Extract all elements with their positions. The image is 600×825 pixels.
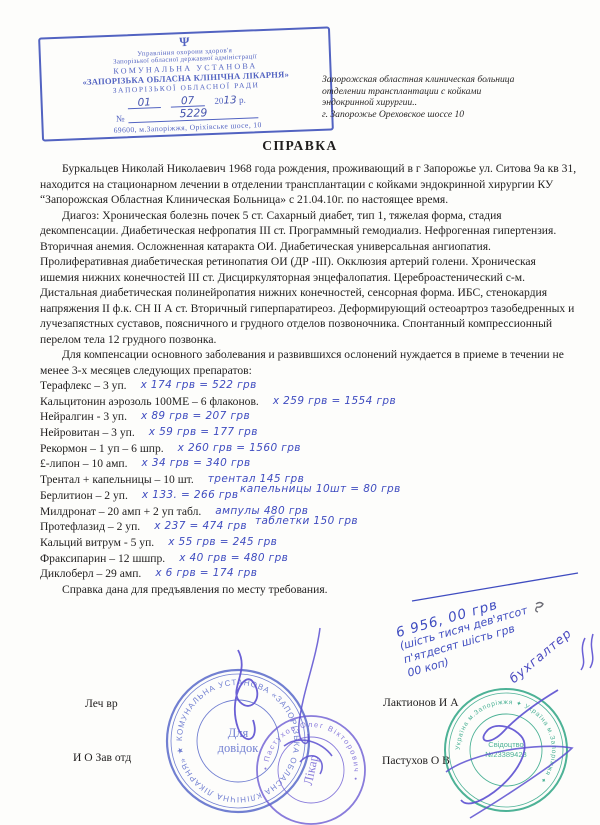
medication-printed: Берлитион – 2 уп. xyxy=(40,489,128,502)
stamp-year-suffix: р. xyxy=(239,95,246,105)
medication-row: Трентал + капельницы – 10 шт.трентал 145… xyxy=(40,472,577,488)
medication-row: Фраксипарин – 12 шшпр.х 40 грв = 480 грв xyxy=(40,551,577,567)
medication-printed: Милдронат – 20 амп + 2 уп табл. xyxy=(40,505,201,518)
medication-row: Кальций витрум - 5 уп.х 55 грв = 245 грв xyxy=(40,535,577,551)
institution-corner-stamp: Ψ Управління охорони здоров'я Запорізько… xyxy=(38,26,334,141)
medication-handwritten-note: таблетки 150 грв xyxy=(255,514,358,530)
medication-printed: Кальций витрум - 5 уп. xyxy=(40,536,154,549)
medication-printed: Нейровитан – 3 уп. xyxy=(40,426,135,439)
medication-handwritten-price: х 55 грв = 245 грв xyxy=(168,536,277,548)
medication-handwritten-price: х 260 грв = 1560 грв xyxy=(178,442,301,454)
stamp-date-year: 2013 р. xyxy=(214,95,246,106)
round-doctor-stamp: • Пастухов Олег Вікторович • Лікар xyxy=(253,712,369,825)
stamp-number-label: № xyxy=(116,113,125,123)
stamp-date-day: 01 xyxy=(127,97,161,109)
medication-handwritten-price: х 59 грв = 177 грв xyxy=(149,426,258,438)
medication-printed: Кальцитонин аэрозоль 100МЕ – 6 флаконов. xyxy=(40,395,259,408)
diagnosis-paragraph: Диагоз: Хроническая болезнь почек 5 ст. … xyxy=(40,208,577,348)
green-stamp-center-2: №23389428 xyxy=(485,750,526,759)
patient-paragraph: Буркальцев Николай Николаевич 1968 года … xyxy=(40,161,577,208)
document-body: Буркальцев Николай Николаевич 1968 года … xyxy=(40,161,577,597)
medication-row: Терафлекс – 3 уп.х 174 грв = 522 грв xyxy=(40,378,577,394)
addressee-line: г. Запорожье Ореховское шоссе 10 xyxy=(322,109,572,121)
medication-handwritten-price: х 34 грв = 340 грв xyxy=(142,457,251,469)
round-green-stamp: Україна м.Запоріжжя ✦ Україна м.Запоріжж… xyxy=(440,684,572,816)
purple-stamp-center: Лікар xyxy=(300,753,321,786)
addressee-line: эндокринной хирургии.. xyxy=(322,97,572,109)
stamp-year-handwritten: 13 xyxy=(223,94,237,107)
closing-statement: Справка дана для предъявления по месту т… xyxy=(40,582,577,598)
addressee-line: Запорожская областная клиническая больни… xyxy=(322,74,572,86)
medication-printed: Терафлекс – 3 уп. xyxy=(40,379,127,392)
stamp-number-value: 5229 xyxy=(179,106,207,120)
medication-row: Диклоберл – 29 амп.х 6 грв = 174 грв xyxy=(40,566,577,582)
accountant-initials-stroke xyxy=(581,634,593,670)
addressee-block: Запорожская областная клиническая больни… xyxy=(322,74,572,120)
medication-printed: Нейралгин - 3 уп. xyxy=(40,410,127,423)
medication-printed: Фраксипарин – 12 шшпр. xyxy=(40,552,165,565)
medication-row: £-липон – 10 амп.х 34 грв = 340 грв xyxy=(40,456,577,472)
addressee-line: отделении трансплантации с койками xyxy=(322,86,572,98)
medication-row: Нейровитан – 3 уп.х 59 грв = 177 грв xyxy=(40,425,577,441)
medication-printed: Рекормон – 1 уп – 6 шпр. xyxy=(40,442,164,455)
medication-handwritten-price: х 40 грв = 480 грв xyxy=(179,552,288,564)
medication-printed: Диклоберл – 29 амп. xyxy=(40,567,141,580)
medication-row: Милдронат – 20 амп + 2 уп табл.ампулы 48… xyxy=(40,504,577,520)
document-title: СПРАВКА xyxy=(0,138,600,154)
medication-row: Рекормон – 1 уп – 6 шпр.х 260 грв = 1560… xyxy=(40,441,577,457)
medication-printed: Протефлазид – 2 уп. xyxy=(40,520,140,533)
stamp-year-prefix: 20 xyxy=(214,96,223,106)
scanned-certificate-page: Ψ Управління охорони здоров'я Запорізько… xyxy=(0,0,600,825)
medication-handwritten-price: х 6 грв = 174 грв xyxy=(155,567,257,579)
medication-row: Нейралгин - 3 уп.х 89 грв = 207 грв xyxy=(40,409,577,425)
medication-row: Кальцитонин аэрозоль 100МЕ – 6 флаконов.… xyxy=(40,394,577,410)
head-of-dept-label: И О Зав отд xyxy=(73,751,131,764)
medication-handwritten-price: х 237 = 474 грв xyxy=(154,520,247,532)
medication-handwritten-price: х 133. = 266 грв xyxy=(142,489,239,501)
medication-handwritten-price: х 89 грв = 207 грв xyxy=(141,410,250,422)
medication-handwritten-note: капельницы 10шт = 80 грв xyxy=(240,482,401,498)
green-stamp-center-1: Свідоцтво xyxy=(488,740,523,749)
medication-handwritten-price: х 174 грв = 522 грв xyxy=(141,379,257,391)
medication-printed: £-липон – 10 амп. xyxy=(40,457,128,470)
recommendation-paragraph: Для компенсации основного заболевания и … xyxy=(40,347,577,378)
medication-handwritten-price: х 259 грв = 1554 грв xyxy=(273,395,396,407)
blue-stamp-center-1: Для xyxy=(228,726,249,740)
attending-doctor-label: Леч вр xyxy=(85,697,118,710)
medication-printed: Трентал + капельницы – 10 шт. xyxy=(40,473,194,486)
